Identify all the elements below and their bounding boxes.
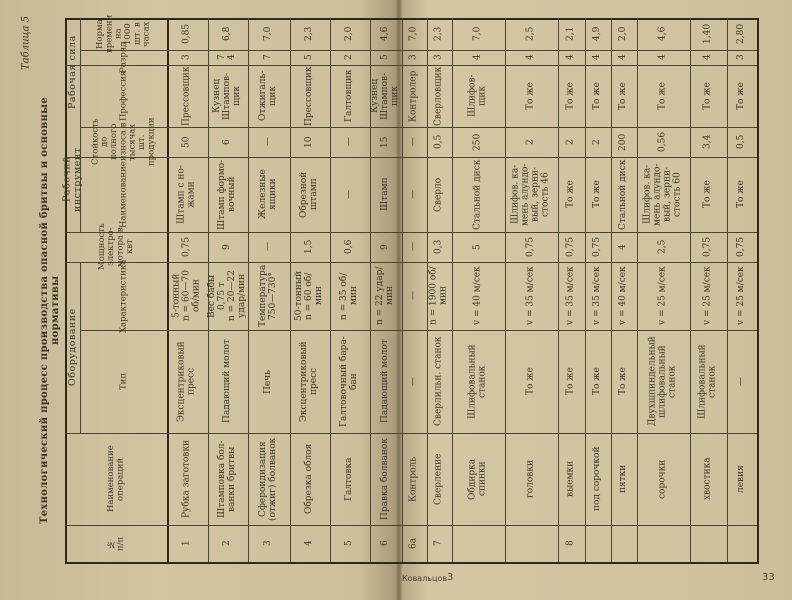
cell-equip-char: n = 1900 об/мин xyxy=(428,263,451,329)
cell-operation: хвостика xyxy=(691,434,726,524)
cell-tool-name: Стальной диск xyxy=(612,158,636,231)
cell-motor-power: 4 xyxy=(612,233,636,261)
cell-profession: Сверловщик xyxy=(428,66,451,126)
cell-equip-type: То же xyxy=(506,331,557,432)
cell-profession: Шлифов- щик xyxy=(453,66,504,126)
cell-time-norm: 1,40 xyxy=(691,19,726,49)
cell-tool-life: — xyxy=(249,128,289,156)
cell-tool-name: Шлифов. ка- мень алундо- вый, зерни- сто… xyxy=(638,158,689,231)
cell-profession: То же xyxy=(559,66,584,126)
cell-profession: То же xyxy=(638,66,689,126)
header-group-labor: Рабочая сила xyxy=(67,20,79,125)
cell-tool-name: Штамп формо- вочный xyxy=(209,158,247,231)
cell-time-norm: 4,6 xyxy=(638,19,689,49)
cell-operation: под сорочкой xyxy=(586,434,610,524)
cell-time-norm: 2,1 xyxy=(559,19,584,49)
cell-grade: 4 xyxy=(559,51,584,64)
cell-operation: Штамповка бол- ванки бритвы xyxy=(209,434,247,524)
page-number: 33 xyxy=(762,572,775,583)
cell-operation: Сверление xyxy=(428,434,451,524)
cell-equip-type: Эксцентриковый пресс xyxy=(168,331,207,432)
cell-time-norm: 2,3 xyxy=(428,19,451,49)
header-tool-name: Наименование xyxy=(82,157,166,232)
cell-tool-name: То же xyxy=(559,158,584,231)
cell-num: 8 xyxy=(559,526,584,561)
footer-signature: Ковальцов xyxy=(402,574,447,583)
cell-tool-name: То же xyxy=(691,158,726,231)
cell-equip-char: Вес бабы 0,75 т n = 20—22 удар/мин xyxy=(209,263,247,329)
cell-tool-life: 2 xyxy=(506,128,557,156)
cell-time-norm: 2,80 xyxy=(728,19,756,49)
cell-motor-power: 5 xyxy=(453,233,504,261)
cell-grade: 4 xyxy=(453,51,504,64)
cell-motor-power: 0,3 xyxy=(428,233,451,261)
cell-profession: Прессовщик xyxy=(291,66,329,126)
cell-equip-type: Шлифовальный станок xyxy=(453,331,504,432)
cell-time-norm: 4,9 xyxy=(586,19,610,49)
cell-num: 1 xyxy=(168,526,207,561)
cell-equip-type: — xyxy=(403,331,426,432)
cell-grade: 4 xyxy=(612,51,636,64)
table-label: Таблица 5 xyxy=(18,8,34,78)
cell-tool-life: 10 xyxy=(291,128,329,156)
cell-motor-power: 0,75 xyxy=(586,233,610,261)
cell-equip-type: Шлифовальный станок xyxy=(691,331,726,432)
cell-equip-char: v = 25 м/сек xyxy=(728,263,756,329)
header-operation: Наименование операций xyxy=(67,433,166,525)
cell-grade: 5 xyxy=(291,51,329,64)
cell-num: 5 xyxy=(331,526,369,561)
cell-motor-power: 2,5 xyxy=(638,233,689,261)
cell-equip-char: v = 35 м/сек xyxy=(559,263,584,329)
cell-num: 4 xyxy=(291,526,329,561)
cell-time-norm: 6,8 xyxy=(209,19,247,49)
cell-tool-name: — xyxy=(403,158,426,231)
cell-operation: выемки xyxy=(559,434,584,524)
cell-equip-type: Галтовочный бара- бан xyxy=(331,331,369,432)
cell-num: 3 xyxy=(249,526,289,561)
cell-equip-char: Температура 750—730° xyxy=(249,263,289,329)
header-tool-life: Стойкость до полного износа в тысячах шт… xyxy=(82,127,166,157)
cell-operation: сорочки xyxy=(638,434,689,524)
cell-equip-char: v = 35 м/сек xyxy=(586,263,610,329)
cell-profession: Отжигаль- щик xyxy=(249,66,289,126)
cell-grade: 5 xyxy=(371,51,401,64)
cell-tool-life: — xyxy=(403,128,426,156)
cell-profession: То же xyxy=(612,66,636,126)
cell-profession: Галтовщик xyxy=(331,66,369,126)
cell-equip-char: — xyxy=(403,263,426,329)
cell-equip-type: Эксцентриковый пресс xyxy=(291,331,329,432)
cell-tool-life: 0,5 xyxy=(428,128,451,156)
cell-motor-power: 9 xyxy=(209,233,247,261)
group-rule-equipment xyxy=(80,262,81,433)
cell-tool-life: 50 xyxy=(168,128,207,156)
header-group-tool: Рабочий инструмент xyxy=(67,127,79,232)
cell-equip-type: Падающий молот xyxy=(209,331,247,432)
cell-tool-name: Сверло xyxy=(428,158,451,231)
cell-motor-power: — xyxy=(403,233,426,261)
cell-motor-power: 0,75 xyxy=(691,233,726,261)
cell-motor-power: — xyxy=(249,233,289,261)
table-border-right xyxy=(757,18,759,564)
table-border-bottom xyxy=(65,562,757,564)
cell-tool-name: Железные ящики xyxy=(249,158,289,231)
cell-grade: 3 xyxy=(728,51,756,64)
cell-equip-char: n = 35 об/мин xyxy=(331,263,369,329)
cell-tool-name: Шлифов. ка- мень алундо- вый, зерни- сто… xyxy=(506,158,557,231)
cell-num: 6а xyxy=(403,526,426,561)
cell-tool-life: 3,4 xyxy=(691,128,726,156)
cell-time-norm: 7,0 xyxy=(249,19,289,49)
cell-profession: Прессовщик xyxy=(168,66,207,126)
cell-tool-life: 2 xyxy=(559,128,584,156)
cell-time-norm: 0,85 xyxy=(168,19,207,49)
cell-profession: Кузнец Штампов- щик xyxy=(371,66,401,126)
cell-grade: 4 xyxy=(638,51,689,64)
cell-profession: То же xyxy=(728,66,756,126)
cell-time-norm: 2,0 xyxy=(331,19,369,49)
cell-motor-power: 0,75 xyxy=(168,233,207,261)
cell-operation: Правка болванок xyxy=(371,434,401,524)
cell-tool-life: — xyxy=(331,128,369,156)
group-rule-labor xyxy=(80,18,81,127)
header-motor-power: Мощность электро- мотора в квт xyxy=(67,232,166,262)
cell-equip-type: То же xyxy=(559,331,584,432)
cell-grade: 3 xyxy=(403,51,426,64)
cell-tool-name: То же xyxy=(586,158,610,231)
cell-equip-char: 5-тонный n = 60—70 об/мин xyxy=(168,263,207,329)
cell-motor-power: 9 xyxy=(371,233,401,261)
cell-equip-char: v = 25 м/сек xyxy=(638,263,689,329)
cell-operation: Обдирка спинки xyxy=(453,434,504,524)
cell-tool-life: 2 xyxy=(586,128,610,156)
cell-profession: То же xyxy=(586,66,610,126)
cell-equip-type: — xyxy=(728,331,756,432)
cell-equip-char: v = 25 м/сек xyxy=(691,263,726,329)
header-grade: Разряд xyxy=(82,50,166,65)
cell-equip-type: Падающий молот xyxy=(371,331,401,432)
cell-motor-power: 0,6 xyxy=(331,233,369,261)
cell-equip-char: v = 35 м/сек xyxy=(506,263,557,329)
cell-tool-name: Стальной диск xyxy=(453,158,504,231)
cell-tool-life: 200 xyxy=(612,128,636,156)
cell-tool-name: Обрезной штамп xyxy=(291,158,329,231)
cell-equip-type: То же xyxy=(586,331,610,432)
cell-operation: пятки xyxy=(612,434,636,524)
table-caption: Технологический процесс производства опа… xyxy=(42,60,58,560)
cell-equip-char: v = 40 м/сек xyxy=(612,263,636,329)
cell-profession: То же xyxy=(691,66,726,126)
cell-profession: Контролер xyxy=(403,66,426,126)
cell-grade: 4 xyxy=(506,51,557,64)
cell-grade: 7 4 xyxy=(209,51,247,64)
header-equip-type: Тип xyxy=(82,330,166,433)
cell-tool-life: 0,56 xyxy=(638,128,689,156)
cell-time-norm: 4,6 xyxy=(371,19,401,49)
cell-grade: 4 xyxy=(586,51,610,64)
cell-motor-power: 0,75 xyxy=(506,233,557,261)
header-num: № п/п xyxy=(67,525,166,562)
cell-equip-type: Двухшпиндельный шлифовальный станок xyxy=(638,331,689,432)
cell-num: 6 xyxy=(371,526,401,561)
cell-time-norm: 7,0 xyxy=(403,19,426,49)
cell-tool-life: 6 xyxy=(209,128,247,156)
header-group-equipment: Оборудование xyxy=(67,262,79,433)
cell-motor-power: 0,75 xyxy=(728,233,756,261)
cell-motor-power: 0,75 xyxy=(559,233,584,261)
cell-tool-name: Штамп xyxy=(371,158,401,231)
cell-time-norm: 2,3 xyxy=(291,19,329,49)
cell-grade: 2 xyxy=(331,51,369,64)
cell-tool-life: 15 xyxy=(371,128,401,156)
cell-tool-name: То же xyxy=(728,158,756,231)
cell-equip-char: n = 22 удар/мин xyxy=(371,263,401,329)
header-equip-char: Характеристика xyxy=(82,262,166,330)
cell-time-norm: 2,0 xyxy=(612,19,636,49)
cell-operation: Галтовка xyxy=(331,434,369,524)
cell-time-norm: 7,0 xyxy=(453,19,504,49)
cell-equip-type: Печь xyxy=(249,331,289,432)
cell-tool-name: — xyxy=(331,158,369,231)
cell-operation: Рубка заготовки xyxy=(168,434,207,524)
cell-tool-name: Штамп с но- жами xyxy=(168,158,207,231)
cell-equip-type: То же xyxy=(612,331,636,432)
cell-grade: 3 xyxy=(168,51,207,64)
cell-profession: То же xyxy=(506,66,557,126)
cell-operation: Контроль xyxy=(403,434,426,524)
cell-tool-life: 250 xyxy=(453,128,504,156)
cell-profession: Кузнец Штампов- щик xyxy=(209,66,247,126)
cell-num: 7 xyxy=(428,526,451,561)
cell-motor-power: 1,5 xyxy=(291,233,329,261)
cell-equip-type: Сверлильн. станок xyxy=(428,331,451,432)
cell-tool-life: 0,5 xyxy=(728,128,756,156)
cell-equip-char: v = 40 м/сек xyxy=(453,263,504,329)
cell-operation: Сфероидизация (отжиг) болванок xyxy=(249,434,289,524)
cell-grade: 4 xyxy=(691,51,726,64)
cell-time-norm: 2,5 xyxy=(506,19,557,49)
cell-operation: левия xyxy=(728,434,756,524)
cell-operation: Обрезка облоя xyxy=(291,434,329,524)
cell-num: 2 xyxy=(209,526,247,561)
cell-equip-char: 50-тонный n = 60 об/мин xyxy=(291,263,329,329)
cell-grade: 7 xyxy=(249,51,289,64)
cell-grade: 3 xyxy=(428,51,451,64)
footer-sheet-number: 3 xyxy=(447,572,453,583)
cell-operation: головки xyxy=(506,434,557,524)
